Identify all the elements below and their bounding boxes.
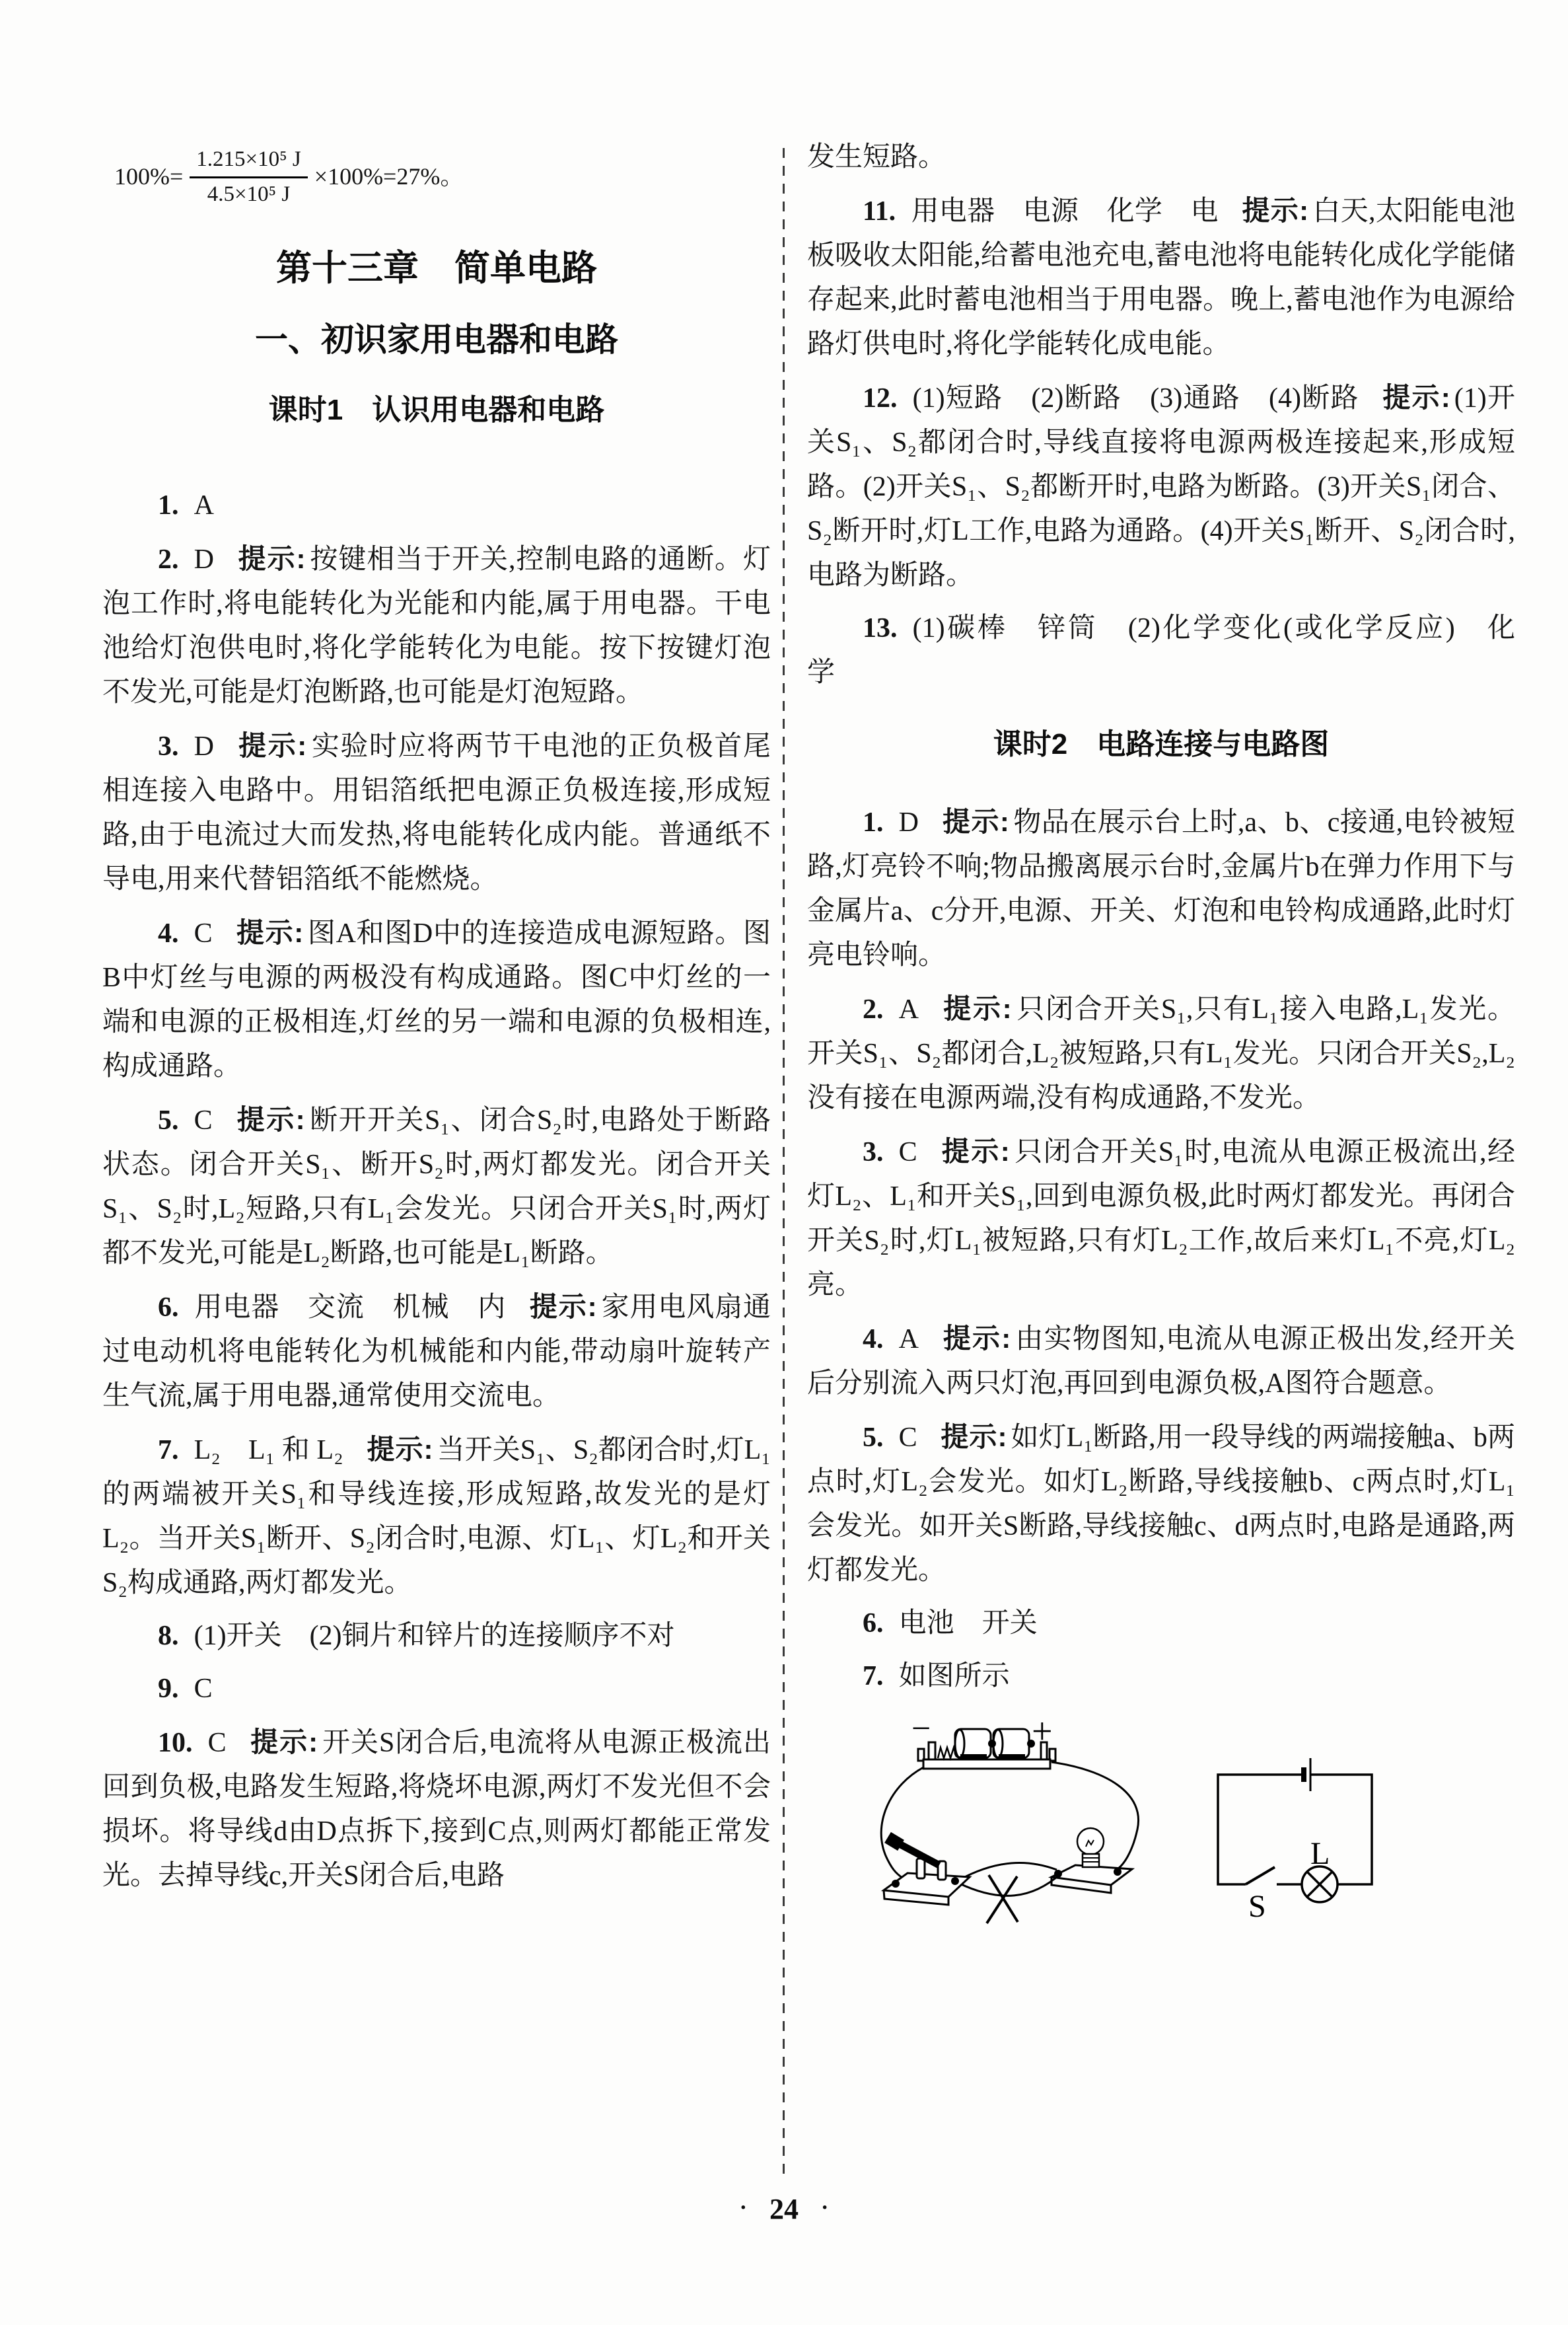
item-number: 8. xyxy=(158,1621,179,1651)
answer-item: 7.L₂ L₁ 和 L₂提示:当开关S₁、S₂都闭合时,灯L₁的两端被开关S₁和… xyxy=(102,1427,771,1605)
hint-label: 提示: xyxy=(250,1726,318,1757)
answer-item: 6.电池 开关 xyxy=(807,1602,1515,1646)
lesson1-title: 课时1 认识用电器和电路 xyxy=(102,394,771,427)
formula-lhs: 100%= xyxy=(114,163,183,191)
answer-item: 2.A提示:只闭合开关S₁,只有L₁接入电路,L₁发光。开关S₁、S₂都闭合,L… xyxy=(807,986,1515,1121)
formula-rhs: ×100%=27%。 xyxy=(314,163,464,191)
item-number: 9. xyxy=(158,1674,179,1704)
item-answer: L₂ L₁ 和 L₂ xyxy=(194,1435,343,1465)
page: 100%= 1.215×10⁵ J 4.5×10⁵ J ×100%=27%。 第… xyxy=(0,0,1568,2325)
hint-label: 提示: xyxy=(1242,195,1310,226)
answer-item: 3.C提示:只闭合开关S₁时,电流从电源正极流出,经灯L₂、L₁和开关S₁,回到… xyxy=(807,1129,1515,1308)
hint-label: 提示: xyxy=(238,543,306,574)
item-number: 7. xyxy=(158,1435,179,1465)
fraction-numerator: 1.215×10⁵ J xyxy=(190,147,307,176)
item-answer: 用电器 交流 机械 内 xyxy=(194,1292,507,1323)
answer-item: 10.C提示:开关S闭合后,电流将从电源正极流出回到负极,电路发生短路,将烧坏电… xyxy=(102,1720,771,1898)
hint-label: 提示: xyxy=(238,730,308,761)
item-answer: D xyxy=(194,544,214,575)
answer-item: 5.C提示:断开开关S₁、闭合S₂时,电路处于断路状态。闭合开关S₁、断开S₂时… xyxy=(102,1097,771,1276)
page-number-right-dot: · xyxy=(821,2196,828,2220)
fraction-denominator: 4.5×10⁵ J xyxy=(190,176,307,208)
item-number: 10. xyxy=(158,1728,193,1758)
item-number: 3. xyxy=(863,1137,884,1167)
item-number: 3. xyxy=(158,731,179,762)
item-number: 4. xyxy=(158,918,179,949)
item-number: 6. xyxy=(158,1292,179,1323)
efficiency-formula: 100%= 1.215×10⁵ J 4.5×10⁵ J ×100%=27%。 xyxy=(114,140,771,214)
item-answer: 电池 开关 xyxy=(899,1608,1038,1639)
answer-item: 4.A提示:由实物图知,电流从电源正极出发,经开关后分别流入两只灯泡,再回到电源… xyxy=(807,1316,1515,1406)
item-answer: (1)开关 (2)铜片和锌片的连接顺序不对 xyxy=(194,1621,675,1651)
hint-label: 提示: xyxy=(367,1434,433,1465)
item-number: 7. xyxy=(863,1661,884,1691)
hint-label: 提示: xyxy=(943,993,1013,1024)
hint-label: 提示: xyxy=(236,917,304,948)
item-answer: 如图所示 xyxy=(899,1661,1010,1691)
answer-item: 11.用电器 电源 化学 电提示:白天,太阳能电池板吸收太阳能,给蓄电池充电,蓄… xyxy=(807,188,1515,367)
hint-label: 提示: xyxy=(1382,382,1450,413)
page-number-left-dot: · xyxy=(740,2196,747,2220)
left-column: 100%= 1.215×10⁵ J 4.5×10⁵ J ×100%=27%。 第… xyxy=(102,140,771,1907)
section-title: 一、初识家用电器和电路 xyxy=(102,321,771,358)
answer-item: 9.C xyxy=(102,1667,771,1711)
lamp-label: L xyxy=(1310,1836,1330,1871)
lesson1-answers: 1.A2.D提示:按键相当于开关,控制电路的通断。灯泡工作时,将电能转化为光能和… xyxy=(102,484,771,1898)
item-answer: C xyxy=(899,1422,917,1453)
answer-item: 13.(1)碳棒 锌筒 (2)化学变化(或化学反应) 化学 xyxy=(807,607,1515,695)
hint-label: 提示: xyxy=(530,1291,598,1322)
answer-item: 8.(1)开关 (2)铜片和锌片的连接顺序不对 xyxy=(102,1614,771,1658)
item-answer: 用电器 电源 化学 电 xyxy=(911,196,1219,227)
hint-text: 开关S闭合后,电流将从电源正极流出回到负极,电路发生短路,将烧坏电源,两灯不发光… xyxy=(102,1728,771,1891)
switch-label: S xyxy=(1248,1889,1266,1924)
right-column: 发生短路。 11.用电器 电源 化学 电提示:白天,太阳能电池板吸收太阳能,给蓄… xyxy=(807,135,1515,1946)
item-number: 13. xyxy=(863,613,898,644)
answer-item: 2.D提示:按键相当于开关,控制电路的通断。灯泡工作时,将电能转化为光能和内能,… xyxy=(102,536,771,715)
item-number: 2. xyxy=(863,994,884,1025)
battery-plus-label: + xyxy=(1032,1711,1053,1752)
answer-item: 4.C提示:图A和图D中的连接造成电源短路。图B中灯丝与电源的两极没有构成通路。… xyxy=(102,910,771,1089)
item-answer: C xyxy=(194,918,213,949)
item-answer: A xyxy=(899,1324,919,1354)
item-number: 11. xyxy=(863,196,896,227)
item-answer: (1)短路 (2)断路 (3)通路 (4)断路 xyxy=(913,383,1359,414)
hint-label: 提示: xyxy=(943,1323,1012,1354)
answer-item: 1.A xyxy=(102,484,771,528)
page-number-value: 24 xyxy=(769,2193,799,2225)
item-number: 1. xyxy=(863,807,884,838)
item-answer: A xyxy=(194,490,214,521)
item-answer: D xyxy=(194,731,214,762)
item-answer: C xyxy=(194,1674,213,1704)
chapter-title: 第十三章 简单电路 xyxy=(102,248,771,288)
item-answer: C xyxy=(194,1105,213,1136)
answer-item: 1.D提示:物品在展示台上时,a、b、c接通,电铃被短路,灯亮铃不响;物品搬离展… xyxy=(807,799,1515,978)
item-number: 1. xyxy=(158,490,179,521)
item-answer: C xyxy=(899,1137,917,1167)
hint-label: 提示: xyxy=(236,1104,305,1135)
item-number: 2. xyxy=(158,544,179,575)
item-answer: D xyxy=(899,807,919,838)
item-number: 5. xyxy=(863,1422,884,1453)
answer-item: 12.(1)短路 (2)断路 (3)通路 (4)断路提示:(1)开关S₁、S₂都… xyxy=(807,375,1515,598)
hint-label: 提示: xyxy=(941,1136,1010,1167)
column-divider xyxy=(783,148,785,2176)
item-answer: (1)碳棒 锌筒 (2)化学变化(或化学反应) 化学 xyxy=(807,613,1515,688)
hint-label: 提示: xyxy=(943,806,1010,837)
answer-item: 3.D提示:实验时应将两节干电池的正负极首尾相连接入电路中。用铝箔纸把电源正负极… xyxy=(102,723,771,902)
fraction: 1.215×10⁵ J 4.5×10⁵ J xyxy=(190,147,307,207)
circuit-schematic: S L xyxy=(1211,1750,1383,1935)
lesson1-answers-continued: 11.用电器 电源 化学 电提示:白天,太阳能电池板吸收太阳能,给蓄电池充电,蓄… xyxy=(807,188,1515,695)
battery-minus-label: − xyxy=(911,1710,931,1748)
continuation-text: 发生短路。 xyxy=(807,135,1515,180)
lesson2-answers: 1.D提示:物品在展示台上时,a、b、c接通,电铃被短路,灯亮铃不响;物品搬离展… xyxy=(807,799,1515,1699)
item-answer: C xyxy=(208,1728,227,1758)
lesson2-title: 课时2 电路连接与电路图 xyxy=(807,728,1515,761)
hint-text: (1)开关S₁、S₂都闭合时,导线直接将电源两极连接起来,形成短路。(2)开关S… xyxy=(807,383,1515,591)
item-answer: A xyxy=(899,994,919,1025)
item-number: 6. xyxy=(863,1608,884,1639)
answer-item: 7.如图所示 xyxy=(807,1654,1515,1699)
item-number: 4. xyxy=(863,1324,884,1354)
item-number: 12. xyxy=(863,383,898,414)
answer-item: 6.用电器 交流 机械 内提示:家用电风扇通过电动机将电能转化为机械能和内能,带… xyxy=(102,1284,771,1419)
realistic-circuit-drawing: − + xyxy=(855,1709,1172,1940)
page-number: ·24· xyxy=(0,2192,1568,2226)
answer-figure: − + S L xyxy=(807,1709,1515,1946)
answer-item: 5.C提示:如灯L₁断路,用一段导线的两端接触a、b两点时,灯L₂会发光。如灯L… xyxy=(807,1415,1515,1593)
item-number: 5. xyxy=(158,1105,179,1136)
hint-label: 提示: xyxy=(941,1421,1007,1452)
